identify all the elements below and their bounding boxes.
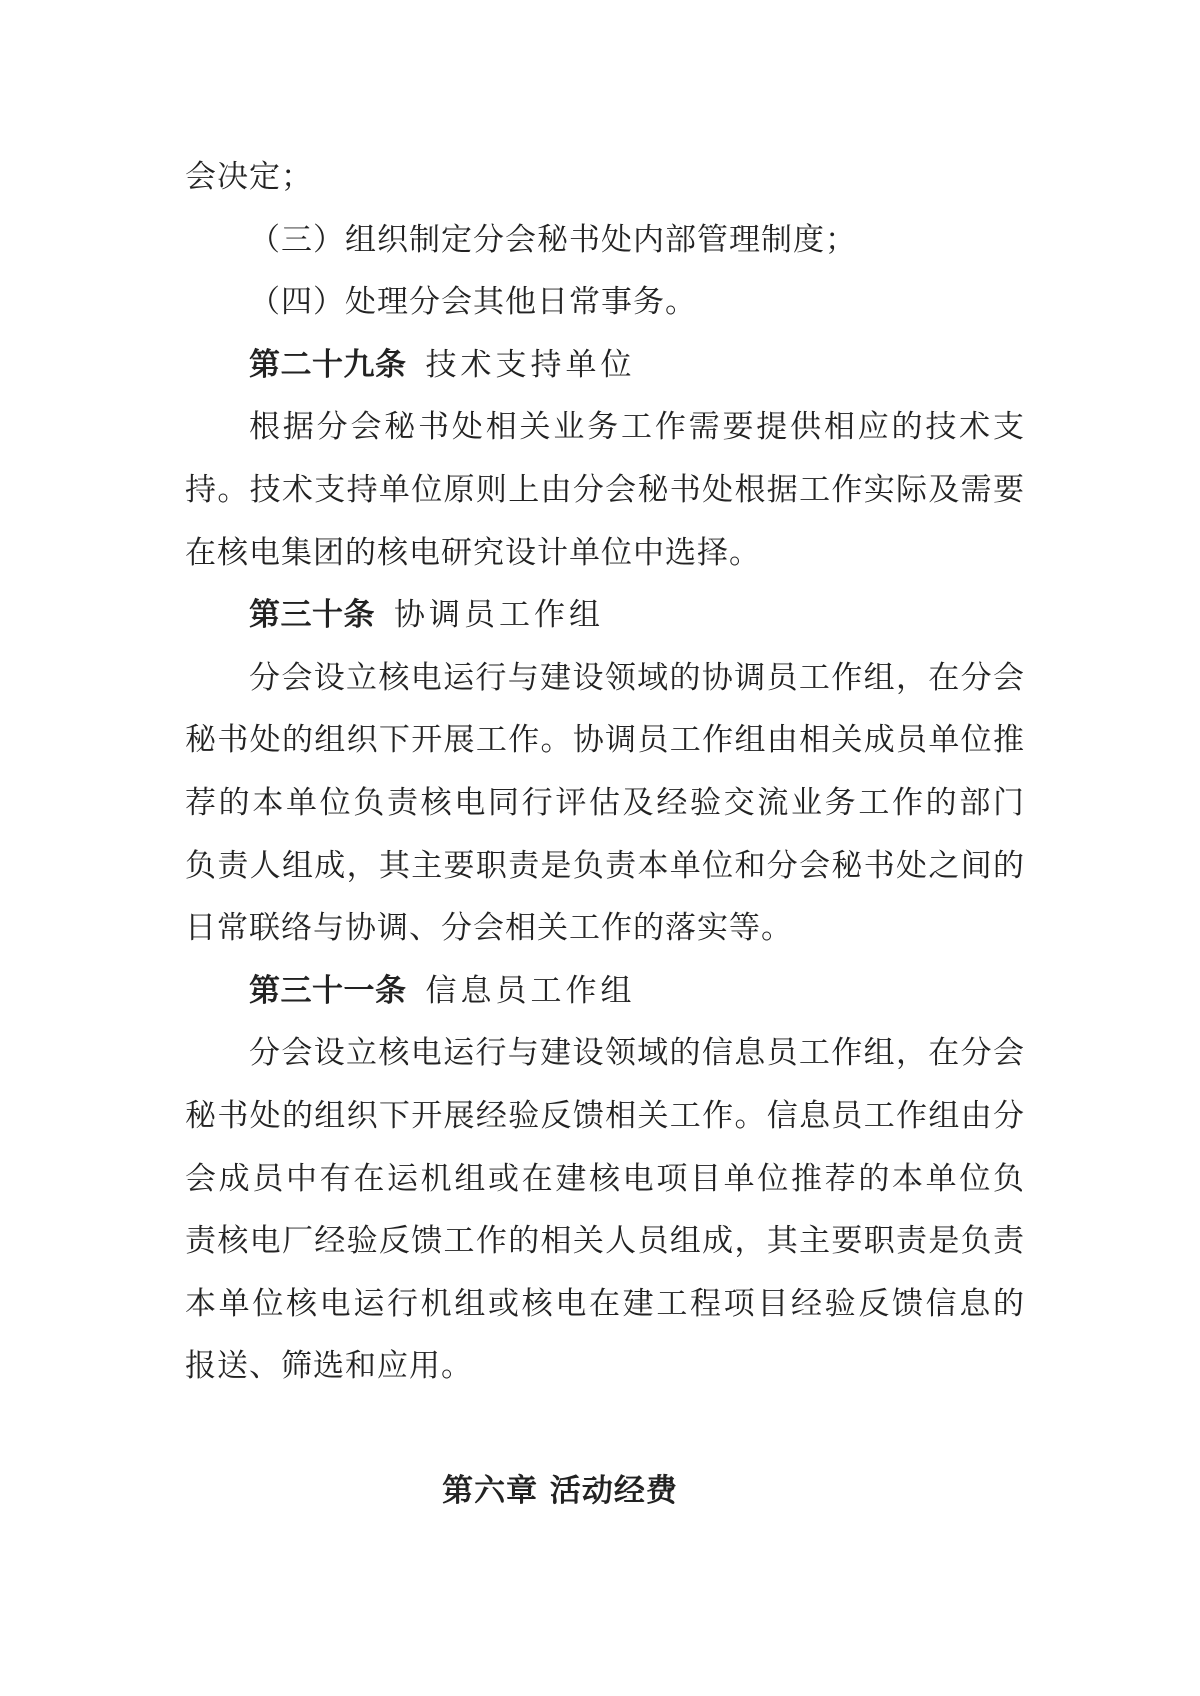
article-title: 协调员工作组 (394, 597, 604, 633)
paragraph-line: 负责人组成，其主要职责是负责本单位和分会秘书处之间的 (185, 835, 1025, 898)
document-page: 会决定； （三）组织制定分会秘书处内部管理制度； （四）处理分会其他日常事务。 … (0, 0, 1200, 1696)
list-item-4: （四）处理分会其他日常事务。 (185, 271, 1025, 334)
paragraph-line: 秘书处的组织下开展工作。协调员工作组由相关成员单位推 (185, 709, 1025, 772)
article-heading-31: 第三十一条信息员工作组 (185, 960, 1025, 1023)
paragraph-line: 责核电厂经验反馈工作的相关人员组成，其主要职责是负责 (185, 1210, 1025, 1273)
paragraph-line: 报送、筛选和应用。 (185, 1335, 1025, 1398)
paragraph-continuation-line: 会决定； (185, 146, 1025, 209)
paragraph-line: 秘书处的组织下开展经验反馈相关工作。信息员工作组由分 (185, 1085, 1025, 1148)
paragraph-line: 日常联络与协调、分会相关工作的落实等。 (185, 897, 1025, 960)
paragraph-line: 本单位核电运行机组或核电在建工程项目经验反馈信息的 (185, 1273, 1025, 1336)
article-number: 第三十条 (249, 597, 375, 633)
list-item-3: （三）组织制定分会秘书处内部管理制度； (185, 209, 1025, 272)
article-title: 技术支持单位 (426, 347, 636, 383)
article-number: 第三十一条 (249, 973, 407, 1009)
paragraph-line: 持。技术支持单位原则上由分会秘书处根据工作实际及需要 (185, 459, 1025, 522)
paragraph-line: 会成员中有在运机组或在建核电项目单位推荐的本单位负 (185, 1148, 1025, 1211)
paragraph-line: 在核电集团的核电研究设计单位中选择。 (185, 522, 1025, 585)
article-heading-29: 第二十九条技术支持单位 (185, 334, 1025, 397)
paragraph-line: 分会设立核电运行与建设领域的信息员工作组，在分会 (185, 1022, 1025, 1085)
document-body: 会决定； （三）组织制定分会秘书处内部管理制度； （四）处理分会其他日常事务。 … (185, 146, 1025, 1523)
paragraph-line: 分会设立核电运行与建设领域的协调员工作组，在分会 (185, 647, 1025, 710)
article-heading-30: 第三十条协调员工作组 (185, 584, 1025, 647)
chapter-heading: 第六章 活动经费 (185, 1460, 935, 1523)
blank-line (185, 1398, 1025, 1461)
paragraph-line: 荐的本单位负责核电同行评估及经验交流业务工作的部门 (185, 772, 1025, 835)
paragraph-line: 根据分会秘书处相关业务工作需要提供相应的技术支 (185, 396, 1025, 459)
article-title: 信息员工作组 (426, 973, 636, 1009)
article-number: 第二十九条 (249, 347, 407, 383)
